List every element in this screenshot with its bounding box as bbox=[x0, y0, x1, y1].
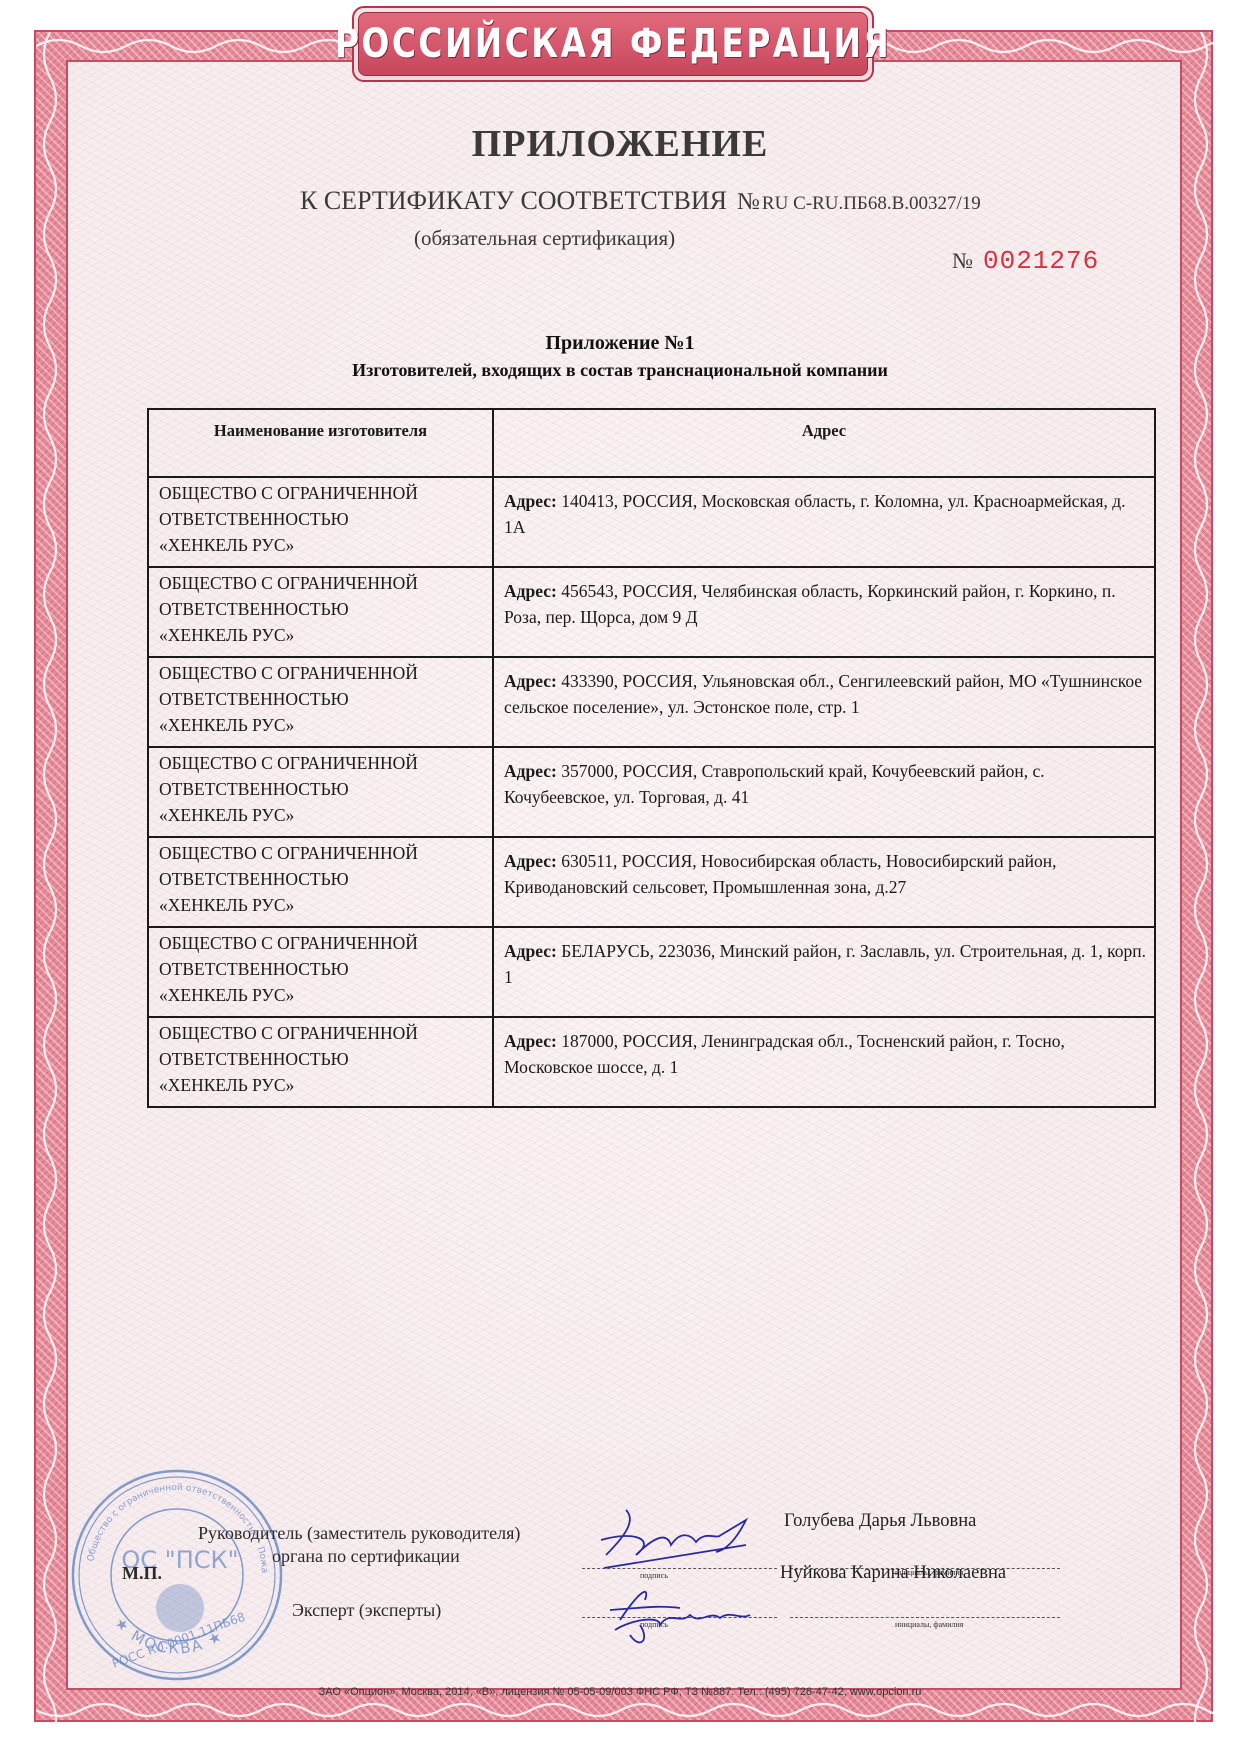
manufacturer-name-cell: ОБЩЕСТВО С ОГРАНИЧЕННОЙОТВЕТСТВЕННОСТЬЮ«… bbox=[148, 747, 493, 837]
annex-subtitle: Изготовителей, входящих в состав трансна… bbox=[0, 360, 1240, 381]
head-signature-caption: подпись bbox=[640, 1571, 668, 1580]
manufacturer-name-cell: ОБЩЕСТВО С ОГРАНИЧЕННОЙОТВЕТСТВЕННОСТЬЮ«… bbox=[148, 927, 493, 1017]
manufacturers-table: Наименование изготовителя Адрес ОБЩЕСТВО… bbox=[147, 408, 1156, 1108]
expert-signature-line bbox=[582, 1617, 777, 1618]
expert-signature-caption: подпись bbox=[640, 1620, 668, 1629]
expert-label: Эксперт (эксперты) bbox=[292, 1600, 441, 1621]
address-cell: Адрес: 456543, РОССИЯ, Челябинская облас… bbox=[493, 567, 1155, 657]
address-cell: Адрес: БЕЛАРУСЬ, 223036, Минский район, … bbox=[493, 927, 1155, 1017]
manufacturer-name-line: ОТВЕТСТВЕННОСТЬЮ bbox=[159, 596, 484, 622]
manufacturer-name-cell: ОБЩЕСТВО С ОГРАНИЧЕННОЙОТВЕТСТВЕННОСТЬЮ«… bbox=[148, 567, 493, 657]
expert-name: Нуйкова Карина Николаевна bbox=[780, 1563, 1006, 1584]
serial-number-block: №0021276 bbox=[952, 246, 1099, 276]
address-prefix: Адрес: bbox=[504, 581, 557, 601]
head-label-body: органа по сертификации bbox=[272, 1546, 460, 1567]
manufacturer-name-line: «ХЕНКЕЛЬ РУС» bbox=[159, 982, 484, 1008]
head-name: Голубева Дарья Львовна bbox=[784, 1511, 976, 1532]
manufacturer-name-cell: ОБЩЕСТВО С ОГРАНИЧЕННОЙОТВЕТСТВЕННОСТЬЮ«… bbox=[148, 657, 493, 747]
table-row: ОБЩЕСТВО С ОГРАНИЧЕННОЙОТВЕТСТВЕННОСТЬЮ«… bbox=[148, 477, 1155, 567]
address-prefix: Адрес: bbox=[504, 1031, 557, 1051]
document-title: ПРИЛОЖЕНИЕ bbox=[0, 122, 1240, 166]
address-cell: Адрес: 630511, РОССИЯ, Новосибирская обл… bbox=[493, 837, 1155, 927]
banner-plate: РОССИЙСКАЯ ФЕДЕРАЦИЯ bbox=[358, 12, 868, 76]
manufacturer-name-line: ОБЩЕСТВО С ОГРАНИЧЕННОЙ bbox=[159, 750, 484, 776]
address-text: БЕЛАРУСЬ, 223036, Минский район, г. Засл… bbox=[504, 941, 1146, 987]
manufacturer-name-line: ОБЩЕСТВО С ОГРАНИЧЕННОЙ bbox=[159, 480, 484, 506]
address-cell: Адрес: 357000, РОССИЯ, Ставропольский кр… bbox=[493, 747, 1155, 837]
manufacturer-name-line: «ХЕНКЕЛЬ РУС» bbox=[159, 802, 484, 828]
certificate-number: RU C-RU.ПБ68.В.00327/19 bbox=[762, 193, 981, 214]
column-header-address: Адрес bbox=[493, 409, 1155, 477]
table-header-row: Наименование изготовителя Адрес bbox=[148, 409, 1155, 477]
manufacturer-name-line: ОБЩЕСТВО С ОГРАНИЧЕННОЙ bbox=[159, 840, 484, 866]
address-prefix: Адрес: bbox=[504, 491, 557, 511]
manufacturer-name-cell: ОБЩЕСТВО С ОГРАНИЧЕННОЙОТВЕТСТВЕННОСТЬЮ«… bbox=[148, 837, 493, 927]
banner-text: РОССИЙСКАЯ ФЕДЕРАЦИЯ bbox=[335, 21, 891, 67]
manufacturer-name-line: ОТВЕТСТВЕННОСТЬЮ bbox=[159, 866, 484, 892]
address-text: 630511, РОССИЯ, Новосибирская область, Н… bbox=[504, 851, 1057, 897]
table-row: ОБЩЕСТВО С ОГРАНИЧЕННОЙОТВЕТСТВЕННОСТЬЮ«… bbox=[148, 927, 1155, 1017]
table-row: ОБЩЕСТВО С ОГРАНИЧЕННОЙОТВЕТСТВЕННОСТЬЮ«… bbox=[148, 747, 1155, 837]
head-label: Руководитель (заместитель руководителя) bbox=[198, 1523, 520, 1544]
manufacturer-name-line: ОБЩЕСТВО С ОГРАНИЧЕННОЙ bbox=[159, 930, 484, 956]
table-row: ОБЩЕСТВО С ОГРАНИЧЕННОЙОТВЕТСТВЕННОСТЬЮ«… bbox=[148, 657, 1155, 747]
certificate-label: К СЕРТИФИКАТУ СООТВЕТСТВИЯ bbox=[300, 186, 727, 215]
manufacturer-name-cell: ОБЩЕСТВО С ОГРАНИЧЕННОЙОТВЕТСТВЕННОСТЬЮ«… bbox=[148, 477, 493, 567]
address-cell: Адрес: 433390, РОССИЯ, Ульяновская обл.,… bbox=[493, 657, 1155, 747]
address-text: 140413, РОССИЯ, Московская область, г. К… bbox=[504, 491, 1126, 537]
certificate-reference: К СЕРТИФИКАТУ СООТВЕТСТВИЯ№RU C-RU.ПБ68.… bbox=[300, 186, 981, 216]
address-text: 357000, РОССИЯ, Ставропольский край, Коч… bbox=[504, 761, 1045, 807]
manufacturer-name-line: ОТВЕТСТВЕННОСТЬЮ bbox=[159, 506, 484, 532]
address-text: 187000, РОССИЯ, Ленинградская обл., Тосн… bbox=[504, 1031, 1065, 1077]
manufacturer-name-line: ОБЩЕСТВО С ОГРАНИЧЕННОЙ bbox=[159, 660, 484, 686]
address-prefix: Адрес: bbox=[504, 851, 557, 871]
expert-name-line bbox=[790, 1617, 1060, 1618]
manufacturer-name-cell: ОБЩЕСТВО С ОГРАНИЧЕННОЙОТВЕТСТВЕННОСТЬЮ«… bbox=[148, 1017, 493, 1107]
number-sign: № bbox=[737, 189, 760, 215]
expert-name-caption: инициалы, фамилия bbox=[895, 1620, 963, 1629]
address-prefix: Адрес: bbox=[504, 941, 557, 961]
manufacturer-name-line: ОБЩЕСТВО С ОГРАНИЧЕННОЙ bbox=[159, 1020, 484, 1046]
address-cell: Адрес: 140413, РОССИЯ, Московская област… bbox=[493, 477, 1155, 567]
manufacturer-name-line: «ХЕНКЕЛЬ РУС» bbox=[159, 892, 484, 918]
manufacturer-name-line: «ХЕНКЕЛЬ РУС» bbox=[159, 712, 484, 738]
manufacturer-name-line: «ХЕНКЕЛЬ РУС» bbox=[159, 622, 484, 648]
address-text: 433390, РОССИЯ, Ульяновская обл., Сенгил… bbox=[504, 671, 1142, 717]
head-signature-line bbox=[582, 1568, 777, 1569]
seal-label: М.П. bbox=[122, 1563, 162, 1584]
table-row: ОБЩЕСТВО С ОГРАНИЧЕННОЙОТВЕТСТВЕННОСТЬЮ«… bbox=[148, 837, 1155, 927]
address-prefix: Адрес: bbox=[504, 761, 557, 781]
country-banner: РОССИЙСКАЯ ФЕДЕРАЦИЯ bbox=[352, 6, 874, 82]
column-header-name: Наименование изготовителя bbox=[148, 409, 493, 477]
manufacturer-name-line: ОТВЕТСТВЕННОСТЬЮ bbox=[159, 686, 484, 712]
manufacturer-name-line: «ХЕНКЕЛЬ РУС» bbox=[159, 532, 484, 558]
manufacturer-name-line: ОТВЕТСТВЕННОСТЬЮ bbox=[159, 1046, 484, 1072]
serial-number: 0021276 bbox=[983, 246, 1099, 276]
manufacturer-name-line: ОТВЕТСТВЕННОСТЬЮ bbox=[159, 776, 484, 802]
table-row: ОБЩЕСТВО С ОГРАНИЧЕННОЙОТВЕТСТВЕННОСТЬЮ«… bbox=[148, 567, 1155, 657]
certification-type: (обязательная сертификация) bbox=[414, 226, 675, 251]
printer-imprint: ЗАО «Опцион», Москва, 2014, «В», лицензи… bbox=[0, 1686, 1240, 1698]
address-prefix: Адрес: bbox=[504, 671, 557, 691]
address-cell: Адрес: 187000, РОССИЯ, Ленинградская обл… bbox=[493, 1017, 1155, 1107]
manufacturer-name-line: ОБЩЕСТВО С ОГРАНИЧЕННОЙ bbox=[159, 570, 484, 596]
table-row: ОБЩЕСТВО С ОГРАНИЧЕННОЙОТВЕТСТВЕННОСТЬЮ«… bbox=[148, 1017, 1155, 1107]
serial-sign: № bbox=[952, 248, 973, 273]
manufacturer-name-line: «ХЕНКЕЛЬ РУС» bbox=[159, 1072, 484, 1098]
annex-title: Приложение №1 bbox=[0, 332, 1240, 355]
manufacturer-name-line: ОТВЕТСТВЕННОСТЬЮ bbox=[159, 956, 484, 982]
address-text: 456543, РОССИЯ, Челябинская область, Кор… bbox=[504, 581, 1116, 627]
